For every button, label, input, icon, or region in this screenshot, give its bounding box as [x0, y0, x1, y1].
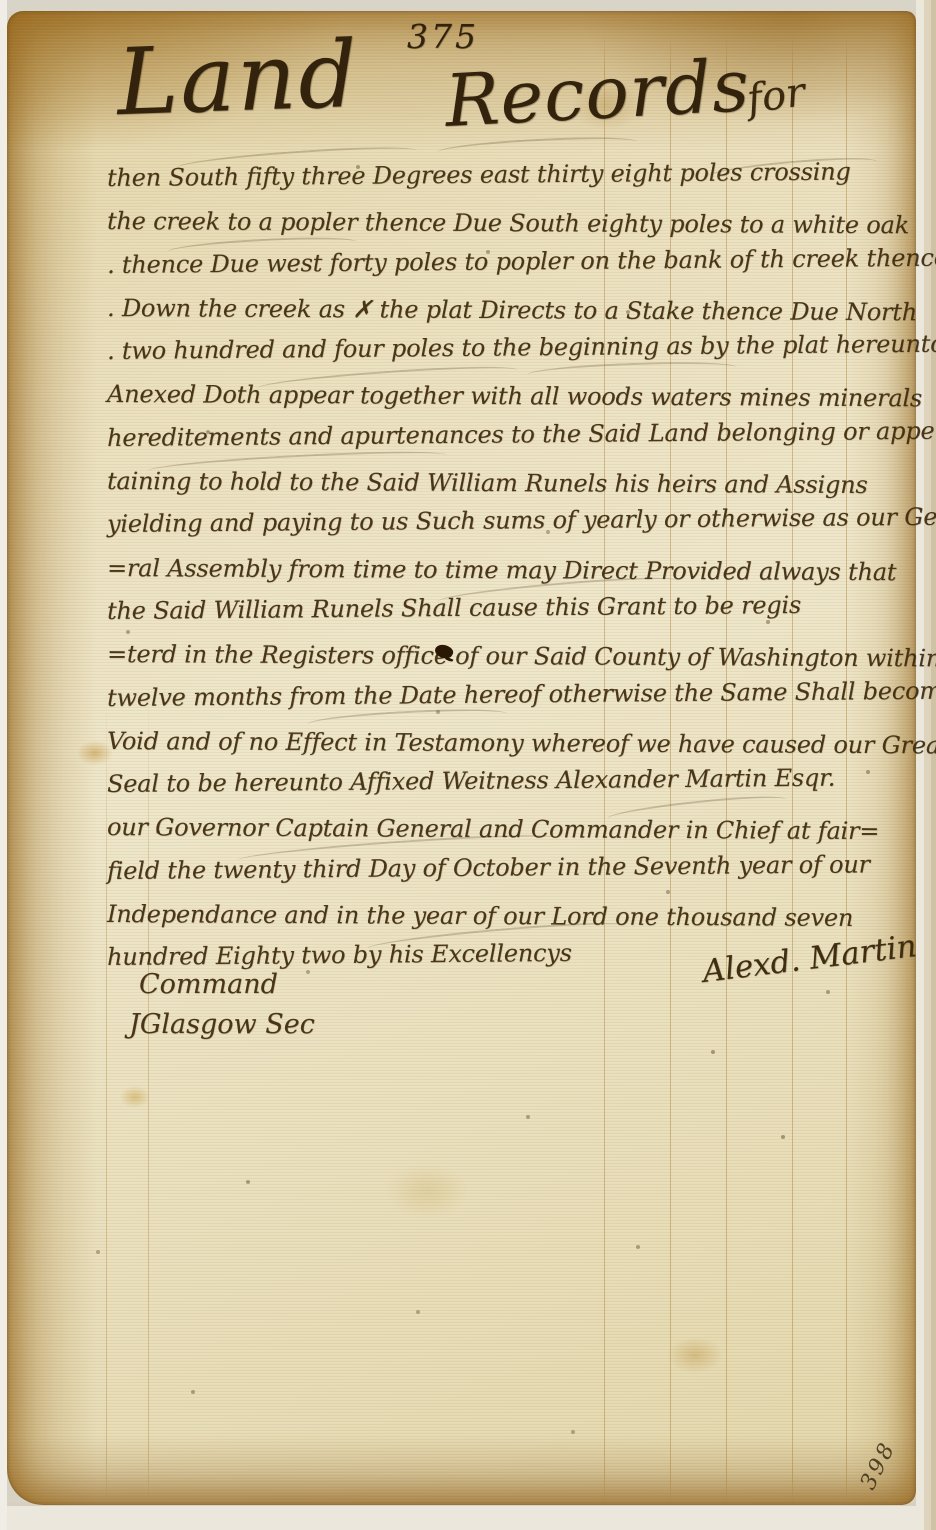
document-line: yielding and paying to us Such sums of y… — [107, 496, 919, 546]
title-word-land: Land — [115, 21, 361, 136]
scanned-ledger-page: { "page": { "number": "375", "corner_mar… — [0, 0, 936, 1530]
document-line: then South fifty three Degrees east thir… — [107, 150, 919, 200]
document-line: hereditements and apurtenances to the Sa… — [107, 410, 919, 460]
document-page: 375 Land Records for then South fifty th… — [7, 11, 916, 1505]
document-line: . two hundred and four poles to the begi… — [107, 323, 919, 373]
document-line: . thence Due west forty poles to popler … — [107, 237, 919, 287]
document-line: field the twenty third Day of October in… — [107, 843, 919, 893]
document-lines: then South fifty three Degrees east thir… — [107, 157, 919, 980]
attestation-command: Command — [139, 969, 278, 1000]
document-line: twelve months from the Date hereof other… — [107, 669, 919, 719]
attestation-secretary: JGlasgow Sec — [129, 1009, 315, 1040]
page-number: 375 — [407, 17, 479, 56]
title-word-for: for — [744, 69, 808, 123]
paper-speckles — [7, 11, 9, 13]
corner-page-mark: 398 — [856, 1437, 901, 1494]
document-line: the Said William Runels Shall cause this… — [107, 583, 919, 633]
document-line: Seal to be hereunto Affixed Weitness Ale… — [107, 756, 919, 806]
title-word-records: Records — [443, 43, 752, 143]
